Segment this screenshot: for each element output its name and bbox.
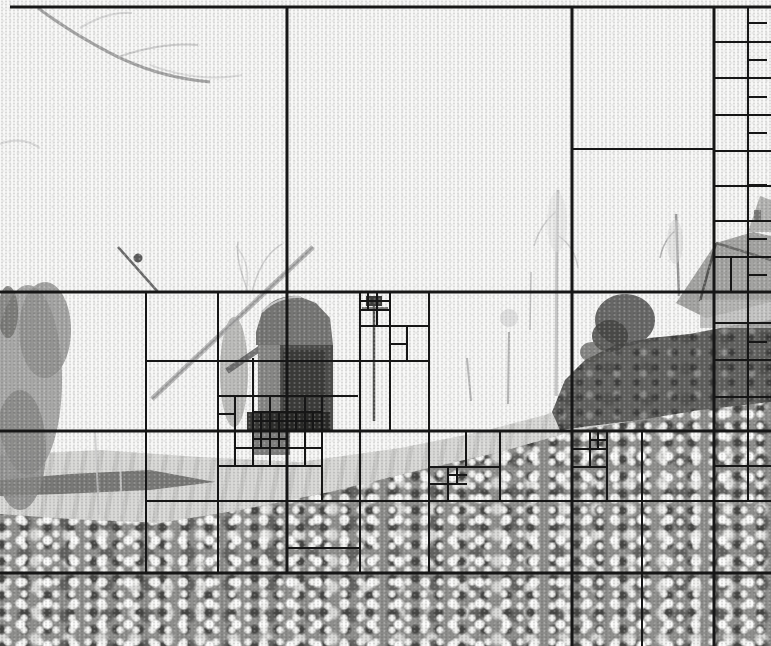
quadtree-grid — [0, 0, 771, 646]
quadtree-grid-lines — [0, 7, 771, 646]
quadtree-segmentation-figure — [0, 0, 771, 646]
